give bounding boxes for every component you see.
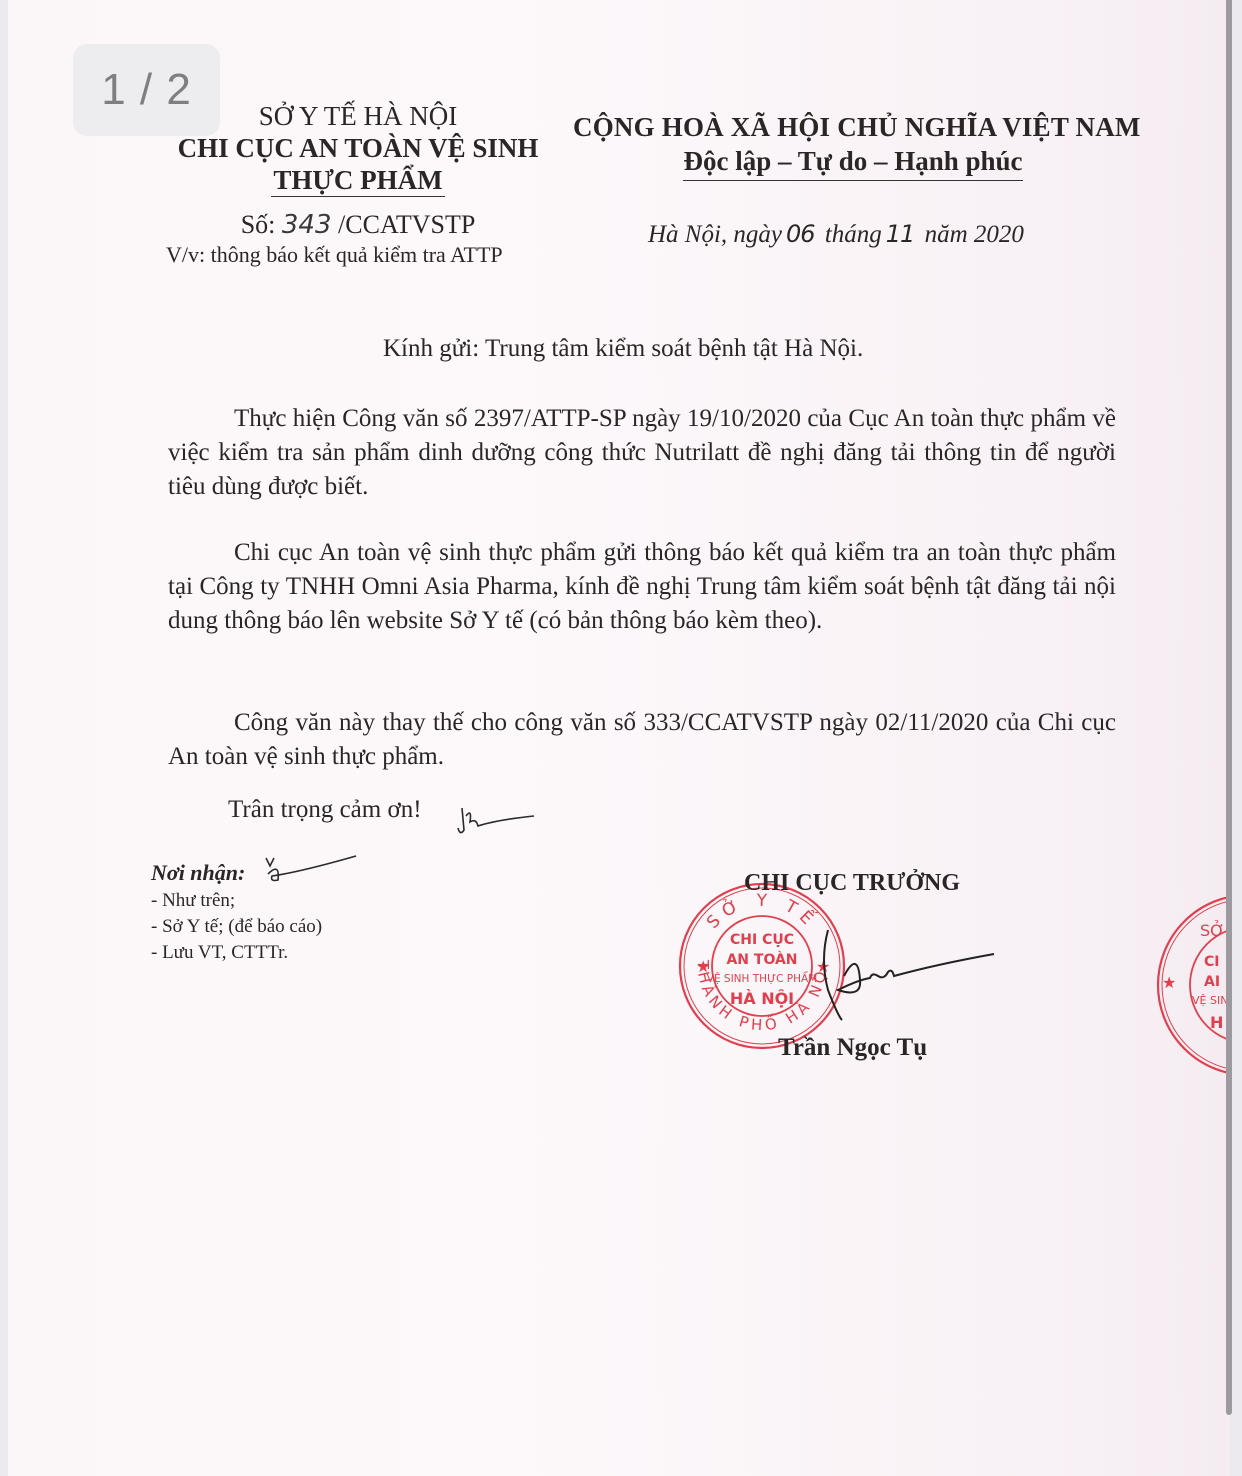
national-motto: Độc lập – Tự do – Hạnh phúc (683, 144, 1022, 181)
signer-name: Trần Ngọc Tụ (778, 1034, 927, 1062)
recipient-item: - Lưu VT, CTTTr. (151, 940, 322, 966)
document-page: SỞ Y TẾ HÀ NỘI CHI CỤC AN TOÀN VỆ SINH T… (8, 0, 1230, 1476)
vertical-scrollbar[interactable] (1226, 0, 1232, 1415)
body-paragraph: Thực hiện Công văn số 2397/ATTP-SP ngày … (168, 402, 1116, 504)
svg-text:CHI CỤC: CHI CỤC (730, 932, 794, 948)
svg-text:AI: AI (1204, 974, 1220, 990)
national-title: CỘNG HOÀ XÃ HỘI CHỦ NGHĨA VIỆT NAM (573, 110, 1133, 144)
national-header: CỘNG HOÀ XÃ HỘI CHỦ NGHĨA VIỆT NAM Độc l… (573, 110, 1133, 181)
document-viewer: SỞ Y TẾ HÀ NỘI CHI CỤC AN TOÀN VỆ SINH T… (0, 0, 1242, 1476)
svg-text:H: H (1210, 1013, 1223, 1032)
handwritten-doc-number: 343 (282, 210, 332, 240)
svg-text:★: ★ (1162, 973, 1176, 992)
issuer-department-line2: THỰC PHẨM (271, 164, 444, 197)
svg-text:HÀ NỘI: HÀ NỘI (730, 988, 794, 1008)
issuer-department: CHI CỤC AN TOÀN VỆ SINH (158, 132, 558, 164)
page-indicator: 1 / 2 (73, 44, 220, 136)
document-date: Hà Nội, ngày06 tháng11 năm 2020 (648, 220, 1024, 249)
svg-text:VỆ SIN: VỆ SIN (1192, 994, 1228, 1007)
document-subject: V/v: thông báo kết quả kiểm tra ATTP (166, 242, 503, 268)
signature-icon (798, 920, 998, 1030)
greeting: Kính gửi: Trung tâm kiểm soát bệnh tật H… (383, 335, 863, 363)
initials-signature-icon (260, 852, 360, 888)
svg-text:AN TOÀN: AN TOÀN (726, 951, 797, 968)
body-paragraph: Chi cục An toàn vệ sinh thực phẩm gửi th… (168, 536, 1116, 638)
svg-text:SỞ: SỞ (1200, 920, 1225, 940)
recipient-item: - Sở Y tế; (để báo cáo) (151, 914, 322, 940)
body-paragraph: Công văn này thay thế cho công văn số 33… (168, 706, 1116, 774)
handwritten-day: 06 (782, 220, 819, 248)
partial-stamp: SỞ ★ CI AI VỆ SIN H (1148, 890, 1228, 1080)
recipient-item: - Như trên; (151, 888, 322, 914)
document-number: Số: 343 /CCATVSTP (158, 210, 558, 240)
closing: Trân trọng cảm ơn! (228, 796, 422, 824)
initials-signature-icon (456, 802, 536, 838)
handwritten-month: 11 (882, 220, 919, 248)
svg-text:CI: CI (1204, 954, 1219, 970)
signer-title: CHI CỤC TRƯỞNG (744, 870, 960, 897)
